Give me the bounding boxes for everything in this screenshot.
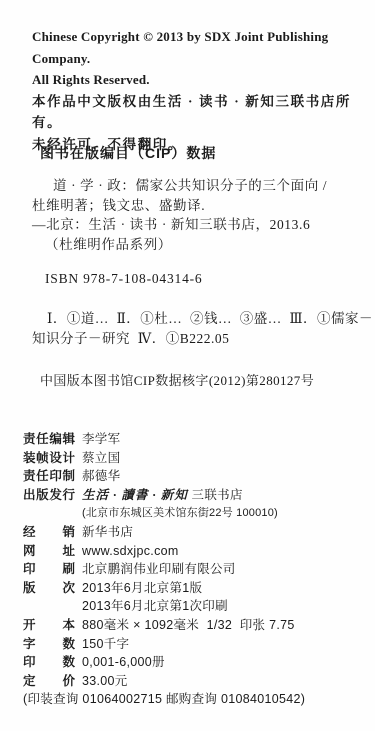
colophon-value: www.sdxjpc.com (82, 542, 179, 561)
cip-publisher-line: —北京：生活 · 读书 · 新知三联书店，2013.6 (32, 215, 327, 235)
colophon-value: 蔡立国 (82, 449, 120, 468)
colophon-label: 开本 (23, 616, 75, 635)
colophon-label: 出版发行 (23, 486, 75, 505)
chinese-rights-line: 本作品中文版权由生活 · 读书 · 新知三联书店所有。 (32, 91, 375, 134)
cip-series-line: （杜维明作品系列） (32, 235, 327, 255)
colophon-row: 责任编辑李学军 (23, 430, 305, 449)
isbn-line: ISBN 978-7-108-04314-6 (45, 271, 202, 287)
colophon-label: 字数 (23, 635, 75, 654)
colophon-value: 生活 · 讀書 · 新知 三联书店 (82, 486, 243, 505)
classification-line-1: Ⅰ．①道… Ⅱ．①杜… ②钱… ③盛… Ⅲ．①儒家－ (32, 309, 373, 329)
publisher-brand-logotype: 生活 · 讀書 · 新知 (82, 488, 188, 502)
colophon-row: 印刷北京鹏润伟业印刷有限公司 (23, 560, 305, 579)
colophon-row: 责任印制郝德华 (23, 467, 305, 486)
colophon-row: 网址www.sdxjpc.com (23, 542, 305, 561)
colophon-label: 印刷 (23, 560, 75, 579)
colophon-label: 责任编辑 (23, 430, 75, 449)
cip-author-line: 杜维明著；钱文忠、盛勤译. (32, 196, 327, 216)
colophon-label: 装帧设计 (23, 449, 75, 468)
colophon-subrow: 2013年6月北京第1次印刷 (23, 597, 305, 616)
cip-title-line: 道 · 学 · 政：儒家公共知识分子的三个面向 / (32, 176, 327, 196)
colophon-value: 2013年6月北京第1版 (82, 579, 202, 598)
colophon-row: 开本880毫米 × 1092毫米 1/32 印张 7.75 (23, 616, 305, 635)
colophon-row: 版次2013年6月北京第1版 (23, 579, 305, 598)
colophon-value: 李学军 (82, 430, 120, 449)
colophon-rows: 责任编辑李学军装帧设计蔡立国责任印制郝德华出版发行生活 · 讀書 · 新知 三联… (23, 430, 305, 690)
colophon-row: 出版发行生活 · 讀書 · 新知 三联书店 (23, 486, 305, 505)
colophon-value: 0,001-6,000册 (82, 653, 165, 672)
colophon-row: 印数0,001-6,000册 (23, 653, 305, 672)
colophon-subvalue: 2013年6月北京第1次印刷 (82, 597, 228, 616)
colophon-row: 定价33.00元 (23, 672, 305, 691)
colophon-label: 定价 (23, 672, 75, 691)
colophon-block: 责任编辑李学军装帧设计蔡立国责任印制郝德华出版发行生活 · 讀書 · 新知 三联… (23, 430, 305, 709)
colophon-value: 880毫米 × 1092毫米 1/32 印张 7.75 (82, 616, 295, 635)
cip-entry: 道 · 学 · 政：儒家公共知识分子的三个面向 / 杜维明著；钱文忠、盛勤译. … (32, 176, 327, 254)
colophon-label: 责任印制 (23, 467, 75, 486)
colophon-subrow: (北京市东城区美术馆东街22号 100010) (23, 504, 305, 523)
colophon-row: 装帧设计蔡立国 (23, 449, 305, 468)
inquiry-phone-line: (印装查询 01064002715 邮购查询 01084010542) (23, 690, 305, 709)
colophon-value: 新华书店 (82, 523, 133, 542)
colophon-value: 郝德华 (82, 467, 120, 486)
cip-heading: 图书在版编目（CIP）数据 (40, 143, 216, 163)
colophon-label: 网址 (23, 542, 75, 561)
cip-record-number: 中国版本图书馆CIP数据核字(2012)第280127号 (40, 370, 314, 389)
copyright-block: Chinese Copyright © 2013 by SDX Joint Pu… (32, 26, 375, 155)
colophon-row: 经销新华书店 (23, 523, 305, 542)
rights-reserved-line: All Rights Reserved. (32, 69, 375, 91)
cip-classification: Ⅰ．①道… Ⅱ．①杜… ②钱… ③盛… Ⅲ．①儒家－ 知识分子－研究 Ⅳ．①B2… (32, 309, 373, 349)
book-copyright-page: Chinese Copyright © 2013 by SDX Joint Pu… (0, 0, 375, 731)
colophon-label: 印数 (23, 653, 75, 672)
colophon-subvalue: (北京市东城区美术馆东街22号 100010) (82, 504, 278, 523)
colophon-value: 150千字 (82, 635, 129, 654)
copyright-line-english: Chinese Copyright © 2013 by SDX Joint Pu… (32, 26, 375, 69)
colophon-label: 版次 (23, 579, 75, 598)
colophon-value: 北京鹏润伟业印刷有限公司 (82, 560, 236, 579)
colophon-row: 字数150千字 (23, 635, 305, 654)
colophon-value: 33.00元 (82, 672, 128, 691)
classification-line-2: 知识分子－研究 Ⅳ．①B222.05 (32, 329, 373, 349)
colophon-label: 经销 (23, 523, 75, 542)
